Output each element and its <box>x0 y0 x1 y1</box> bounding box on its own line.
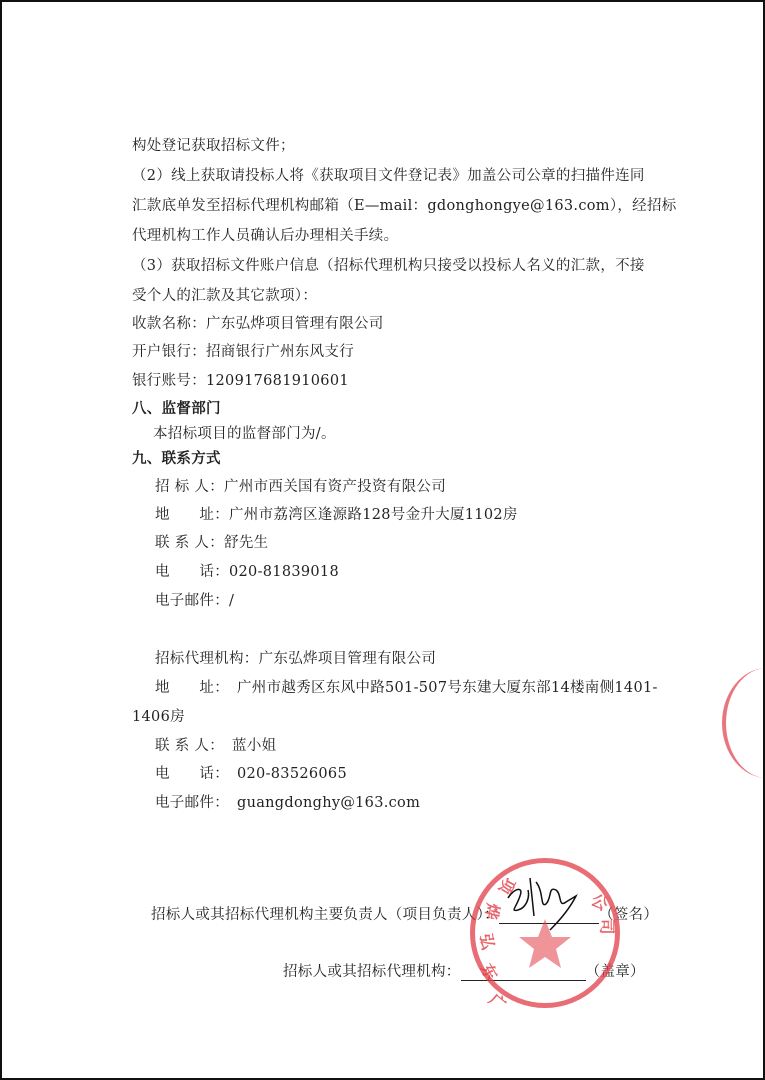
tenderer-name-label: 招 标 人： <box>155 479 224 495</box>
responsible-label: 招标人或其招标代理机构主要负责人（项目负责人）： <box>151 907 499 923</box>
item2-line1: （2）线上获取请投标人将《获取项目文件登记表》加盖公司公章的扫描件连同 <box>132 167 645 185</box>
handwritten-signature <box>500 868 590 938</box>
agency-contact-row: 联 系 人：蓝小姐 <box>155 737 276 755</box>
paragraph-continuation: 构处登记获取招标文件； <box>132 137 295 155</box>
agency-address-line2: 1406房 <box>132 708 185 726</box>
tenderer-phone-row: 电 话：020-81839018 <box>155 563 339 581</box>
item3-line2: 受个人的汇款及其它款项）： <box>132 287 317 305</box>
tenderer-contact-row: 联 系 人：舒先生 <box>155 534 268 552</box>
section8-text: 本招标项目的监督部门为/。 <box>153 425 336 443</box>
agency-phone-label: 电 话： <box>155 766 229 782</box>
tenderer-phone-label: 电 话： <box>155 564 229 580</box>
account-label: 银行账号： <box>132 373 206 389</box>
tenderer-name: 广州市西关国有资产投资有限公司 <box>224 479 446 495</box>
agency-address-label: 地 址： <box>155 680 229 696</box>
bank-row: 开户银行：招商银行广州东风支行 <box>132 343 354 361</box>
item2-line2: 汇款底单发至招标代理机构邮箱（E—mail：gdonghongye@163.co… <box>132 197 677 215</box>
account-row: 银行账号：120917681910601 <box>132 372 349 390</box>
agency-phone-row: 电 话：020-83526065 <box>155 765 347 783</box>
section9-heading: 九、联系方式 <box>132 450 221 468</box>
payee-row: 收款名称：广东弘烨项目管理有限公司 <box>132 315 384 333</box>
agency-email: guangdonghy@163.com <box>237 795 420 811</box>
section8-heading: 八、监督部门 <box>132 400 221 418</box>
tenderer-address-row: 地 址：广州市荔湾区逢源路128号金升大厦1102房 <box>155 506 518 524</box>
tenderer-email-label: 电子邮件： <box>155 593 229 609</box>
tenderer-phone: 020-81839018 <box>229 564 339 580</box>
agency-contact-label: 联 系 人： <box>155 738 224 754</box>
bank-value: 招商银行广州东风支行 <box>206 344 354 360</box>
org-label: 招标人或其招标代理机构： <box>283 964 461 980</box>
account-value: 120917681910601 <box>206 373 349 389</box>
item2-line2-text: 汇款底单发至招标代理机构邮箱（E—mail：gdonghongye@163.co… <box>132 198 677 214</box>
agency-name-row: 招标代理机构：广东弘烨项目管理有限公司 <box>155 650 436 668</box>
seal-char-7: 司 <box>597 918 620 934</box>
agency-email-row: 电子邮件：guangdonghy@163.com <box>155 794 420 812</box>
agency-address-line1: 广州市越秀区东风中路501-507号东建大厦东部14楼南侧1401- <box>237 680 658 696</box>
agency-address-row: 地 址：广州市越秀区东风中路501-507号东建大厦东部14楼南侧1401- <box>155 679 658 697</box>
agency-name: 广东弘烨项目管理有限公司 <box>259 651 437 667</box>
bank-label: 开户银行： <box>132 344 206 360</box>
agency-name-label: 招标代理机构： <box>155 651 259 667</box>
tenderer-email-row: 电子邮件：/ <box>155 592 234 610</box>
item2-line3: 代理机构工作人员确认后办理相关手续。 <box>132 227 398 245</box>
agency-email-label: 电子邮件： <box>155 795 229 811</box>
agency-contact: 蓝小姐 <box>232 738 276 754</box>
tenderer-address-label: 地 址： <box>155 507 229 523</box>
tenderer-address: 广州市荔湾区逢源路128号金升大厦1102房 <box>229 507 518 523</box>
payee-label: 收款名称： <box>132 316 206 332</box>
tenderer-contact: 舒先生 <box>224 535 268 551</box>
tenderer-contact-label: 联 系 人： <box>155 535 224 551</box>
tenderer-email: / <box>229 593 234 609</box>
tenderer-name-row: 招 标 人：广州市西关国有资产投资有限公司 <box>155 478 446 496</box>
payee-value: 广东弘烨项目管理有限公司 <box>206 316 384 332</box>
agency-phone: 020-83526065 <box>237 766 347 782</box>
item3-line1: （3）获取招标文件账户信息（招标代理机构只接受以投标人名义的汇款，不接 <box>132 257 645 275</box>
